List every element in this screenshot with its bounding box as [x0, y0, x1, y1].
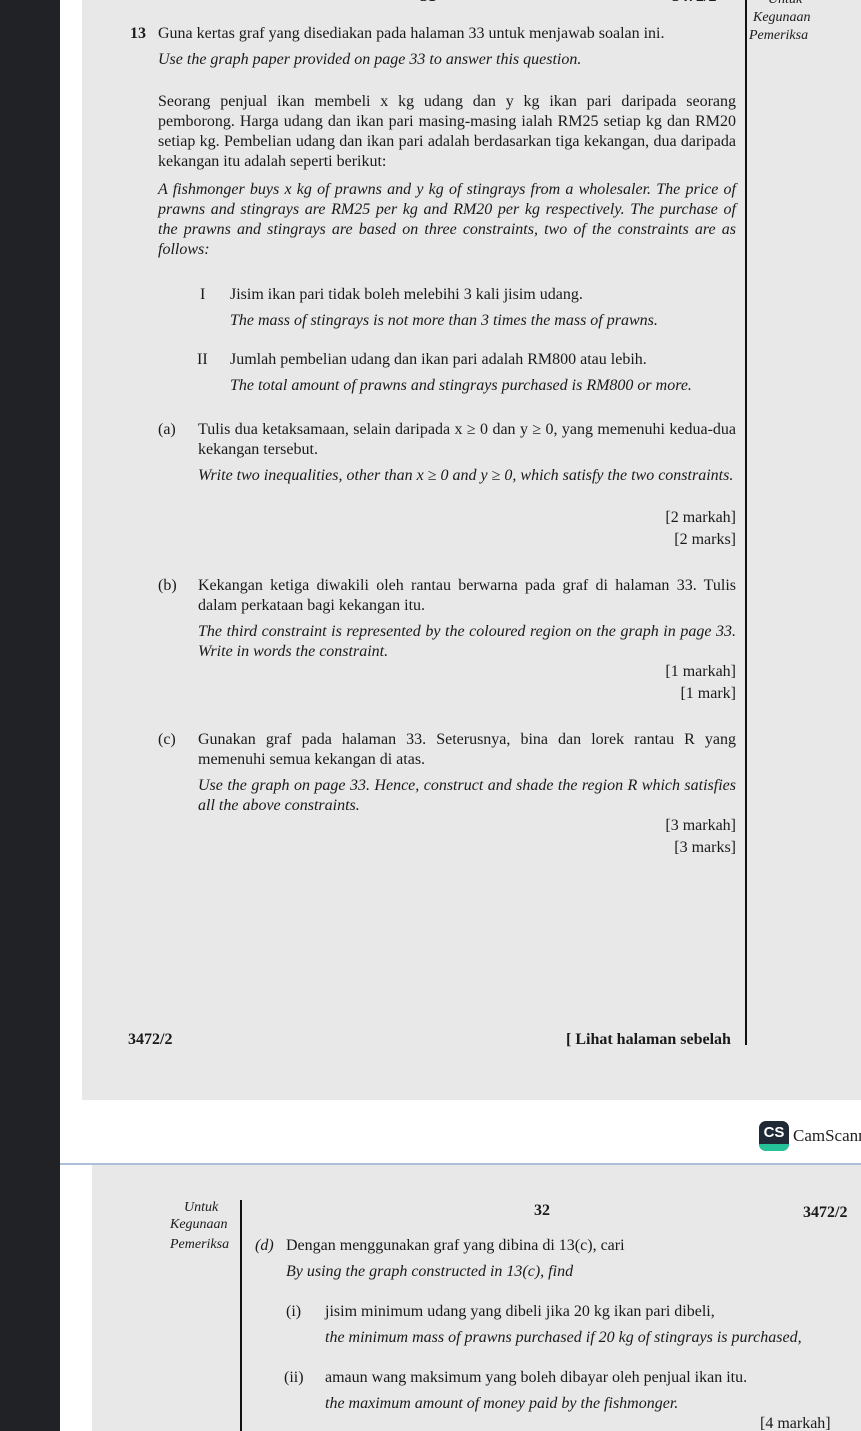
part-d-i-english: the minimum mass of prawns purchased if … [325, 1328, 802, 1348]
part-d-ii-malay: amaun wang maksimum yang boleh dibayar o… [325, 1368, 747, 1388]
part-d-i-label: (i) [286, 1302, 301, 1322]
part-d-marks-malay: [4 markah] [760, 1414, 831, 1431]
footer-paper-code: 3472/2 [128, 1030, 172, 1050]
part-c-malay: Gunakan graf pada halaman 33. Seterusnya… [198, 730, 736, 770]
margin-label-kegunaan: Kegunaan [170, 1217, 228, 1233]
part-a-marks-english: [2 marks] [560, 530, 736, 550]
part-d-label: (d) [255, 1236, 274, 1256]
examiner-margin-rule [240, 1200, 242, 1431]
page-number: 32 [534, 1201, 550, 1221]
instruction-english: Use the graph paper provided on page 33 … [158, 50, 581, 70]
camscanner-label: CamScanner [793, 1126, 861, 1146]
part-b-english: The third constraint is represented by t… [198, 622, 736, 662]
part-c-english: Use the graph on page 33. Hence, constru… [198, 776, 736, 816]
part-b-marks-malay: [1 markah] [560, 662, 736, 682]
part-a-malay: Tulis dua ketaksamaan, selain daripada x… [198, 420, 736, 460]
examiner-margin-rule [745, 0, 747, 1045]
constraint-numeral: I [200, 285, 205, 305]
constraint-ii-malay: Jumlah pembelian udang dan ikan pari ada… [230, 350, 647, 370]
question-stem-english: A fishmonger buys x kg of prawns and y k… [158, 180, 736, 260]
part-b-malay: Kekangan ketiga diwakili oleh rantau ber… [198, 576, 736, 616]
camscanner-logo-icon: CS [759, 1121, 789, 1151]
part-c-label: (c) [158, 730, 176, 750]
constraint-ii-english: The total amount of prawns and stingrays… [230, 376, 692, 396]
margin-label-untuk: Untuk [184, 1200, 218, 1216]
margin-label-pemeriksa: Pemeriksa [749, 28, 808, 44]
part-a-english: Write two inequalities, other than x ≥ 0… [198, 466, 736, 486]
footer-next-page: [ Lihat halaman sebelah [566, 1030, 731, 1050]
constraint-numeral: II [197, 350, 208, 370]
paper-code-header: 3472/2 [672, 0, 716, 7]
viewer-left-rail [0, 0, 60, 1431]
question-stem-malay: Seorang penjual ikan membeli x kg udang … [158, 92, 736, 172]
part-d-i-malay: jisim minimum udang yang dibeli jika 20 … [325, 1302, 715, 1322]
instruction-malay: Guna kertas graf yang disediakan pada ha… [158, 24, 665, 44]
part-d-english: By using the graph constructed in 13(c),… [286, 1262, 573, 1282]
constraint-i-malay: Jisim ikan pari tidak boleh melebihi 3 k… [230, 285, 583, 305]
part-d-ii-label: (ii) [284, 1368, 304, 1388]
page-number: 31 [420, 0, 436, 7]
part-d-malay: Dengan menggunakan graf yang dibina di 1… [286, 1236, 625, 1256]
margin-label-kegunaan: Kegunaan [753, 10, 811, 26]
part-c-marks-malay: [3 markah] [560, 816, 736, 836]
part-c-marks-english: [3 marks] [560, 838, 736, 858]
question-number: 13 [130, 24, 146, 44]
paper-code-header: 3472/2 [803, 1203, 847, 1223]
part-a-marks-malay: [2 markah] [560, 508, 736, 528]
constraint-i-english: The mass of stingrays is not more than 3… [230, 311, 658, 331]
part-a-label: (a) [158, 420, 176, 440]
part-b-marks-english: [1 mark] [560, 684, 736, 704]
margin-label-untuk: Untuk [768, 0, 802, 8]
margin-label-pemeriksa: Pemeriksa [170, 1237, 229, 1253]
part-d-ii-english: the maximum amount of money paid by the … [325, 1394, 678, 1414]
part-b-label: (b) [158, 576, 177, 596]
